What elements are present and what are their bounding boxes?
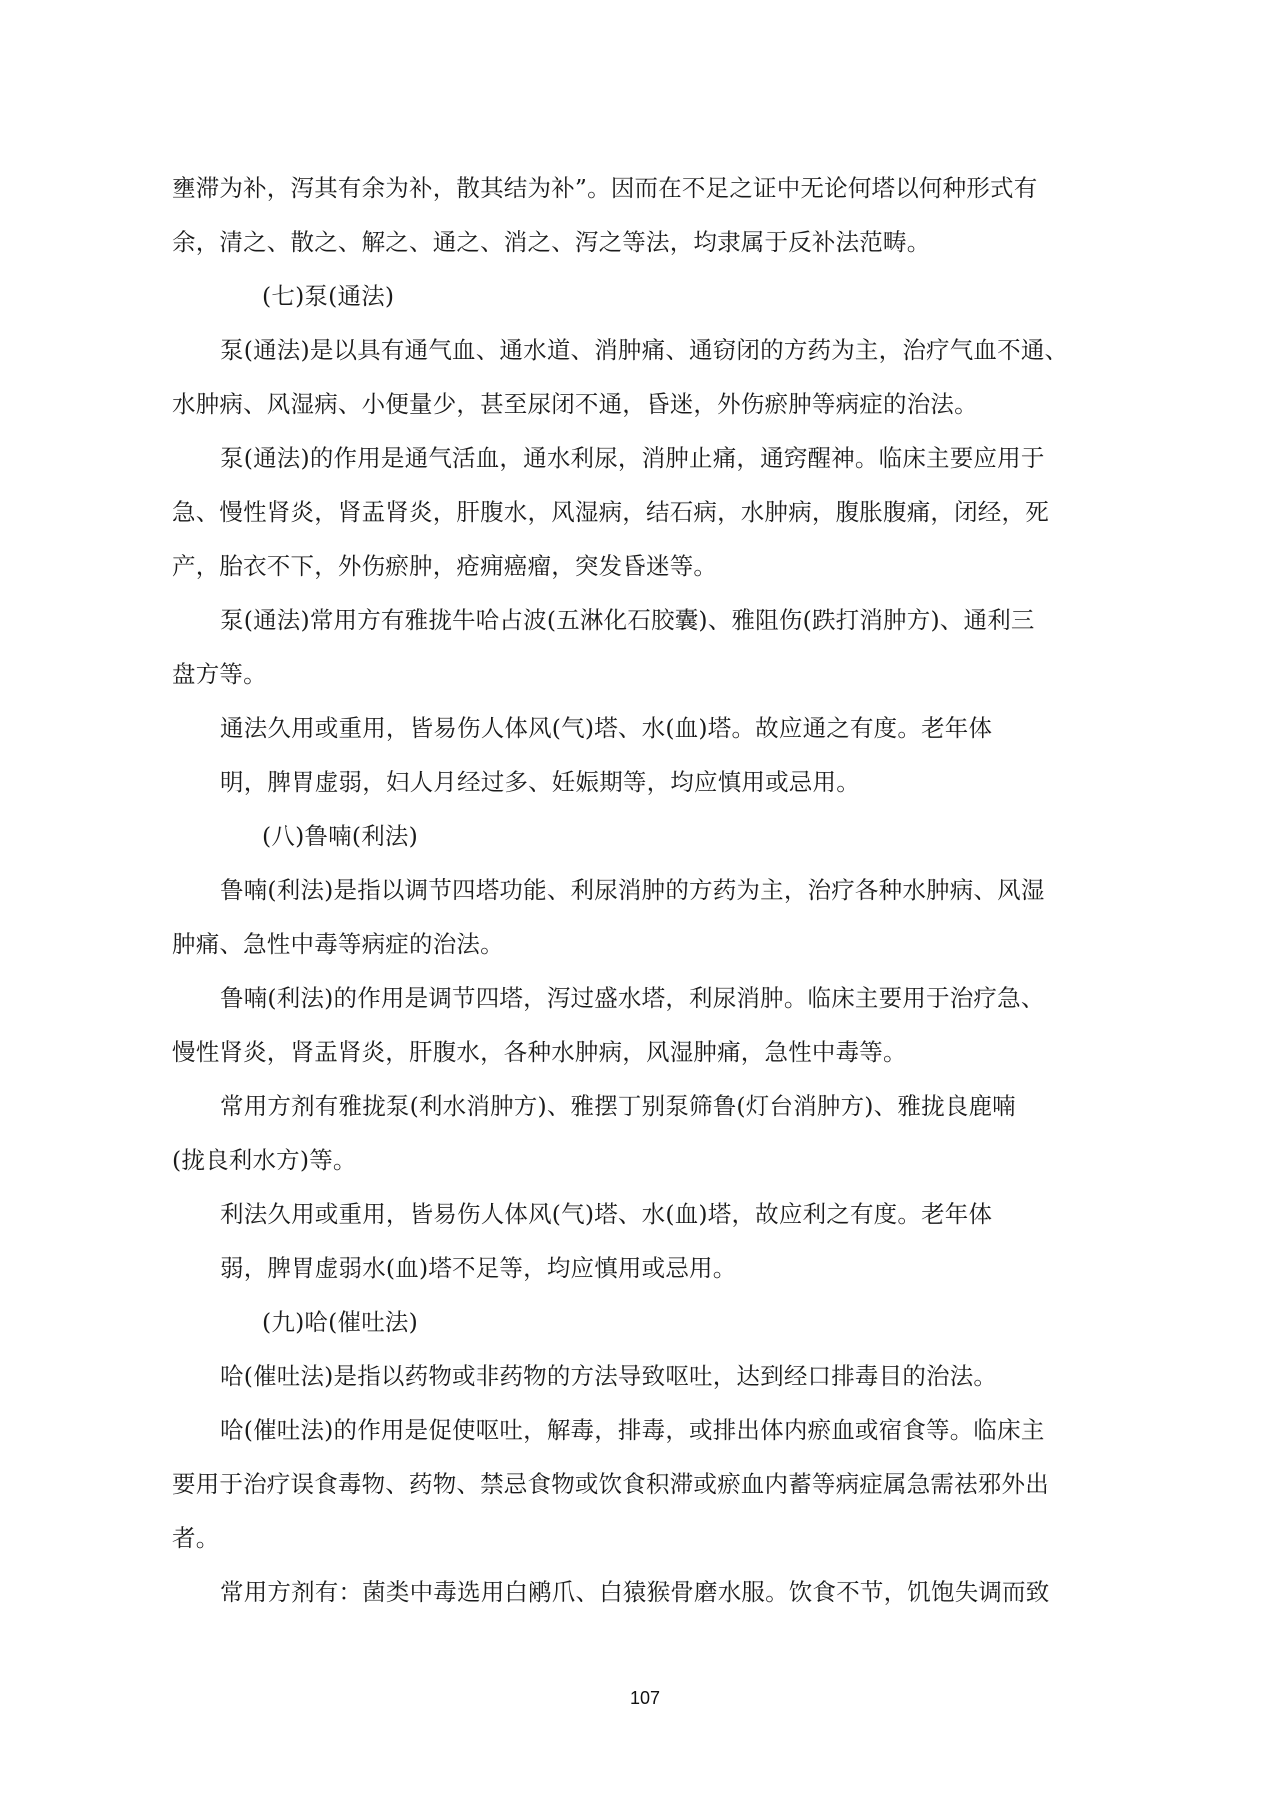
section-heading-8: (八)鲁喃(利法): [262, 819, 418, 853]
text-line: 鲁喃(利法)的作用是调节四塔，泻过盛水塔，利尿消肿。临床主要用于治疗急、: [220, 981, 1045, 1015]
text-line: (拢良利水方)等。: [172, 1143, 357, 1177]
text-line: 鲁喃(利法)是指以调节四塔功能、利尿消肿的方药为主，治疗各种水肿病、风湿: [220, 873, 1045, 907]
text-line: 常用方剂有：菌类中毒选用白鹇爪、白猿猴骨磨水服。饮食不节，饥饱失调而致: [220, 1575, 1050, 1609]
section-heading-7: (七)泵(通法): [262, 279, 394, 313]
text-line: 通法久用或重用，皆易伤人体风(气)塔、水(血)塔。故应通之有度。老年体: [220, 711, 992, 745]
text-line: 利法久用或重用，皆易伤人体风(气)塔、水(血)塔，故应利之有度。老年体: [220, 1197, 992, 1231]
document-page: 壅滞为补，泻其有余为补，散其结为补”。因而在不足之证中无论何塔以何种形式有 余，…: [0, 0, 1274, 1801]
text-line: 肿痛、急性中毒等病症的治法。: [172, 927, 504, 961]
text-line: 急、慢性肾炎，肾盂肾炎，肝腹水，风湿病，结石病，水肿病，腹胀腹痛，闭经，死: [172, 495, 1049, 529]
text-line: 泵(通法)常用方有雅拢牛哈占波(五淋化石胶囊)、雅阻伤(跌打消肿方)、通利三: [220, 603, 1035, 637]
text-line: 要用于治疗误食毒物、药物、禁忌食物或饮食积滞或瘀血内蓄等病症属急需祛邪外出: [172, 1467, 1049, 1501]
text-line: 慢性肾炎，肾盂肾炎，肝腹水，各种水肿病，风湿肿痛，急性中毒等。: [172, 1035, 907, 1069]
text-line: 弱，脾胃虚弱水(血)塔不足等，均应慎用或忌用。: [220, 1251, 736, 1285]
text-line: 明，脾胃虚弱，妇人月经过多、妊娠期等，均应慎用或忌用。: [220, 765, 860, 799]
text-line: 哈(催吐法)的作用是促使呕吐，解毒，排毒，或排出体内瘀血或宿食等。临床主: [220, 1413, 1045, 1447]
text-line: 泵(通法)的作用是通气活血，通水利尿，消肿止痛，通窍醒神。临床主要应用于: [220, 441, 1045, 475]
text-line: 产，胎衣不下，外伤瘀肿，疮痈癌瘤，突发昏迷等。: [172, 549, 717, 583]
section-heading-9: (九)哈(催吐法): [262, 1305, 418, 1339]
page-number: 107: [0, 1688, 1274, 1709]
text-line: 哈(催吐法)是指以药物或非药物的方法导致呕吐，达到经口排毒目的治法。: [220, 1359, 997, 1393]
text-line: 壅滞为补，泻其有余为补，散其结为补”。因而在不足之证中无论何塔以何种形式有: [172, 171, 1037, 205]
text-line: 水肿病、风湿病、小便量少，甚至尿闭不通，昏迷，外伤瘀肿等病症的治法。: [172, 387, 978, 421]
text-line: 余，清之、散之、解之、通之、消之、泻之等法，均隶属于反补法范畴。: [172, 225, 930, 259]
text-line: 常用方剂有雅拢泵(利水消肿方)、雅摆丁别泵筛鲁(灯台消肿方)、雅拢良鹿喃: [220, 1089, 1016, 1123]
text-line: 者。: [172, 1521, 219, 1555]
text-line: 泵(通法)是以具有通气血、通水道、消肿痛、通窃闭的方药为主，治疗气血不通、: [220, 333, 1068, 367]
text-line: 盘方等。: [172, 657, 267, 691]
